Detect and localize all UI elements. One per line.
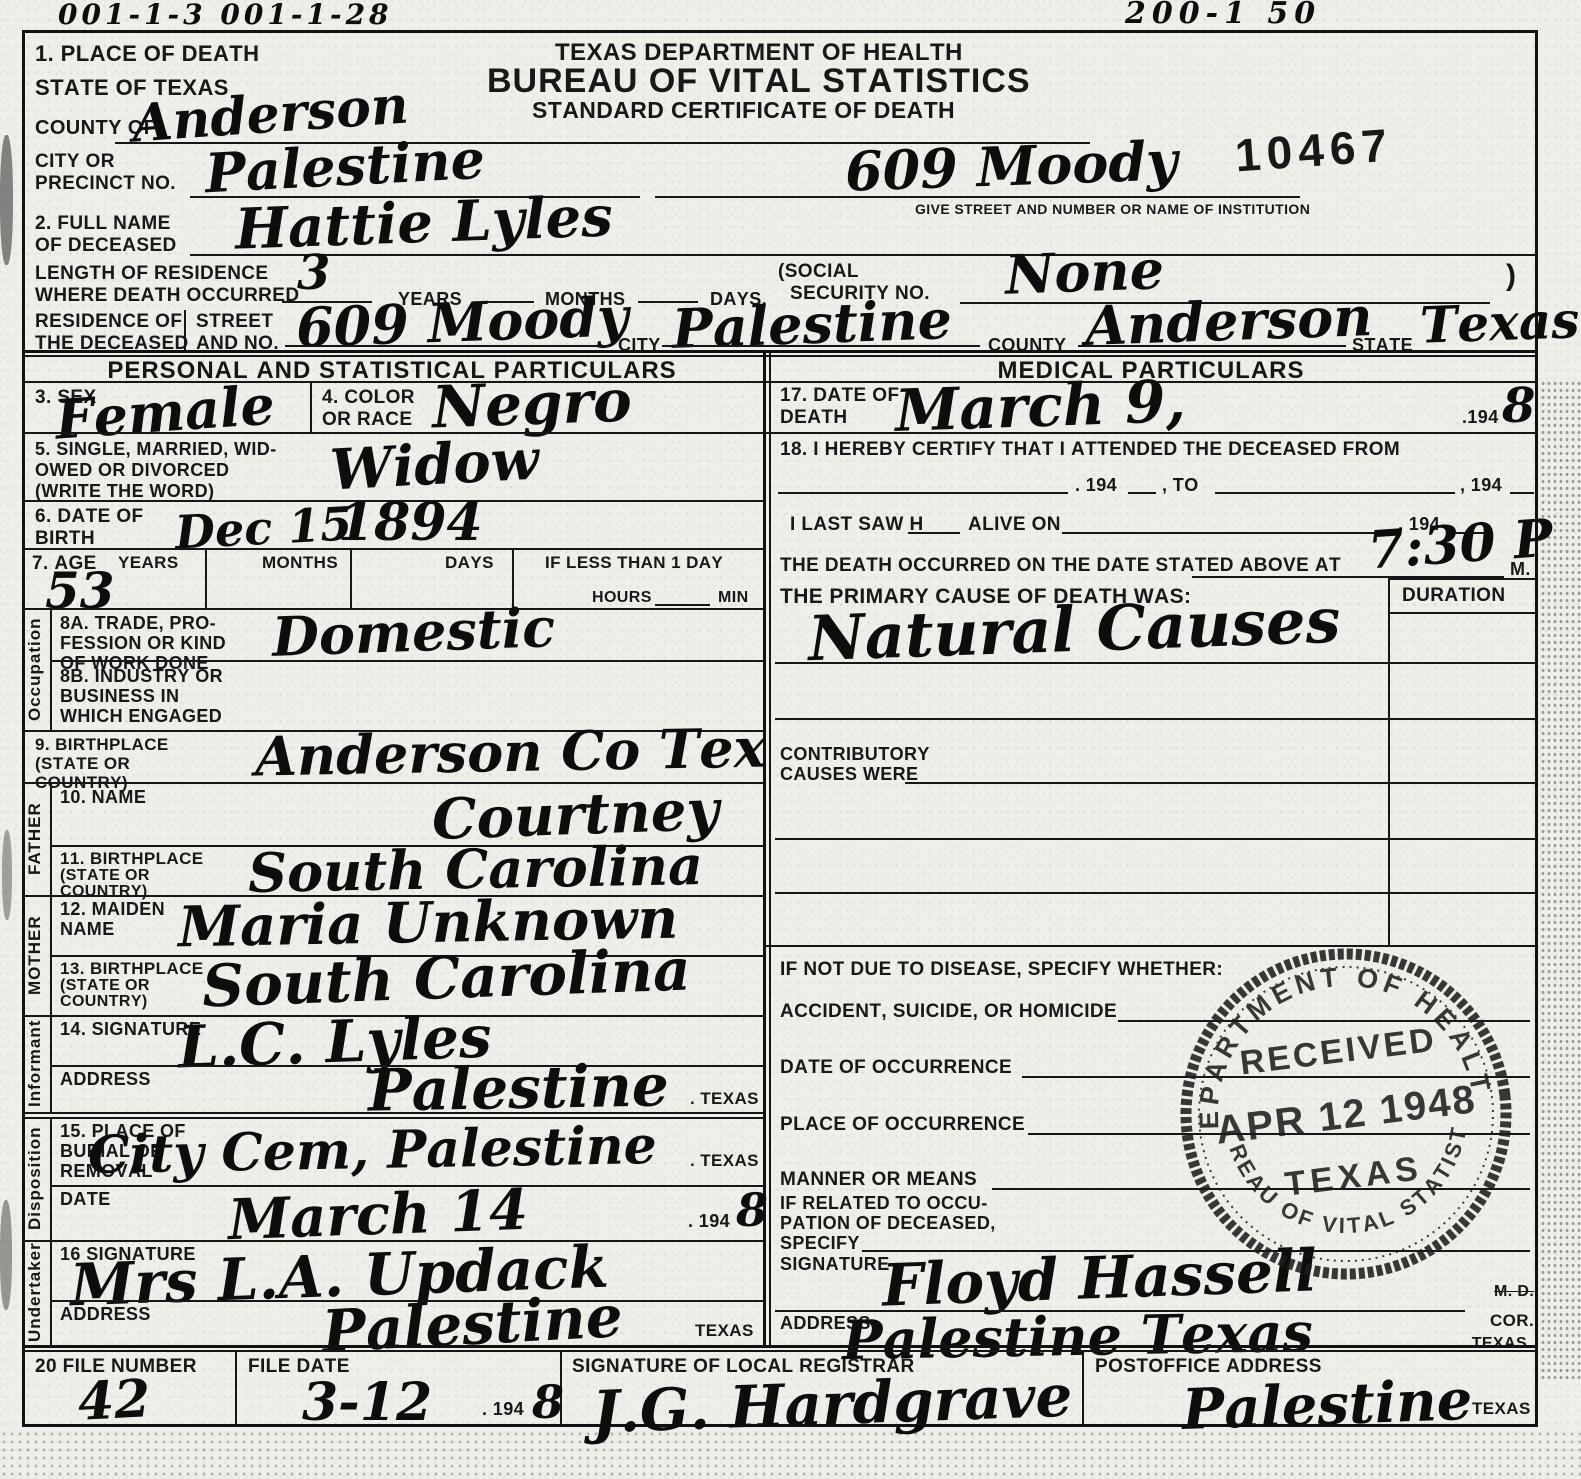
industry-label-2: BUSINESS IN — [60, 687, 179, 706]
certify-year-2: , 194 — [1460, 476, 1502, 495]
band-rule-top — [22, 350, 1537, 353]
undertaker-texas-label: TEXAS — [695, 1322, 754, 1340]
age-hours-label: HOURS — [592, 590, 652, 607]
scan-code-top-left: 001-1-3 001-1-28 — [58, 2, 393, 27]
last-saw-rule-2 — [1062, 532, 1392, 534]
burial-year-hand: 8 — [736, 1190, 768, 1231]
death-year-printed: .194 — [1462, 408, 1499, 427]
scan-code-top-right: 200-1 50 — [1125, 0, 1321, 27]
death-certificate-scan: 001-1-3 001-1-28 200-1 50 1. PLACE OF DE… — [0, 0, 1581, 1479]
father-name-label: 10. NAME — [60, 788, 146, 807]
ssn-label-1: (SOCIAL — [778, 262, 859, 282]
undertaker-side-label: Undertaker — [25, 1240, 49, 1345]
duration-rule-2 — [1390, 662, 1535, 664]
date-of-death-value: March 9, — [894, 375, 1186, 437]
primary-cause-value: Natural Causes — [807, 593, 1341, 667]
marital-label-2: OWED OR DIVORCED — [35, 461, 229, 480]
certify-rule-2 — [1128, 492, 1156, 494]
residence-length-label-1: LENGTH OF RESIDENCE — [35, 264, 269, 284]
informant-group-rule — [50, 1015, 52, 1112]
certificate-number-stamp: 10467 — [1234, 121, 1395, 180]
city-label-1: CITY OR — [35, 152, 115, 172]
place-of-death-label: 1. PLACE OF DEATH — [35, 42, 259, 65]
age-min-label: MIN — [718, 590, 749, 607]
full-name-label-1: 2. FULL NAME — [35, 214, 171, 234]
sex-value: Female — [54, 380, 277, 444]
residence-street-value: 609 Moody — [295, 292, 629, 352]
marital-label-3: (WRITE THE WORD) — [35, 482, 214, 501]
full-name-value: Hattie Lyles — [234, 191, 613, 255]
age-years-header: YEARS — [118, 554, 179, 572]
residence-county-rule — [1078, 345, 1346, 347]
certificate-title: STANDARD CERTIFICATE OF DEATH — [532, 98, 955, 122]
contributory-label-2: CAUSES WERE — [780, 765, 918, 784]
death-time-m-label: M. — [1510, 560, 1531, 579]
cause-rule-3 — [775, 838, 1388, 840]
street-value: 609 Moody — [844, 136, 1178, 196]
stamp-date-text: APR 12 1948 — [1213, 1077, 1479, 1153]
birthplace-label-2: (STATE OR — [35, 755, 130, 773]
duration-rule-1 — [1388, 612, 1535, 614]
certify-rule-3 — [1215, 492, 1455, 494]
dob-value: Dec 15 — [174, 503, 353, 554]
cause-rule-1 — [775, 662, 1388, 664]
color-label-1: 4. COLOR — [322, 388, 415, 408]
street-caption: GIVE STREET AND NUMBER OR NAME OF INSTIT… — [915, 202, 1310, 217]
maiden-name-label-2: NAME — [60, 920, 115, 939]
duration-rule-3 — [1390, 718, 1535, 720]
file-date-value: 3-12 — [302, 1380, 432, 1427]
residence-county-value: Anderson — [1084, 292, 1373, 351]
maiden-name-label-1: 12. MAIDEN — [60, 900, 165, 919]
scan-artifact — [2, 830, 12, 920]
age-less-than-day-header: IF LESS THAN 1 DAY — [545, 554, 723, 572]
birthplace-label-1: 9. BIRTHPLACE — [35, 736, 169, 754]
duration-rule-top — [1388, 578, 1535, 580]
burial-place-value: City Cem, Palestine — [88, 1123, 657, 1180]
full-name-label-2: OF DECEASED — [35, 236, 177, 256]
file-date-year-hand: 8 — [532, 1382, 564, 1423]
postoffice-address-value: Palestine — [1181, 1375, 1473, 1435]
death-occurred-label: THE DEATH OCCURRED ON THE DATE STATED AB… — [780, 556, 1341, 576]
stamp-received-text: RECEIVED — [1238, 1021, 1439, 1083]
occupation-side-label: Occupation — [25, 608, 49, 730]
residence-years-value: 3 — [297, 252, 330, 295]
cause-rule-2 — [775, 718, 1388, 720]
residence-length-label-2: WHERE DEATH OCCURRED — [35, 286, 300, 306]
date-of-death-label-1: 17. DATE OF — [780, 386, 899, 406]
related-label-3: SPECIFY — [780, 1234, 860, 1253]
last-saw-label: I LAST SAW H — [790, 515, 924, 535]
informant-address-label: ADDRESS — [60, 1070, 151, 1089]
form-border-top — [22, 30, 1537, 33]
color-label-2: OR RACE — [322, 410, 412, 430]
contributory-label-1: CONTRIBUTORY — [780, 745, 930, 764]
scan-artifact — [0, 1200, 12, 1310]
undertaker-group-rule — [50, 1240, 52, 1345]
residence-state-value: Texas — [1419, 297, 1580, 348]
mother-birthplace-value: South Carolina — [201, 943, 691, 1012]
residence-street-rule — [285, 345, 610, 347]
postoffice-texas-label: TEXAS — [1472, 1400, 1531, 1418]
not-disease-label: IF NOT DUE TO DISEASE, SPECIFY WHETHER: — [780, 960, 1223, 980]
scan-noise-bottom-edge — [0, 1430, 1581, 1479]
death-year-hand: 8 — [1502, 385, 1535, 428]
full-name-rule — [190, 254, 1535, 256]
column-divider-2 — [769, 350, 771, 1346]
duration-rule-4 — [1390, 782, 1535, 784]
marital-value: Widow — [329, 435, 540, 496]
file-number-value: 42 — [77, 1376, 152, 1427]
birthplace-value: Anderson Co Tex — [255, 724, 767, 781]
disposition-group-rule — [50, 1117, 52, 1240]
duration-rule-6 — [1390, 892, 1535, 894]
marital-label-1: 5. SINGLE, MARRIED, WID- — [35, 440, 277, 459]
informant-side-label: Informant — [25, 1015, 49, 1112]
sex-color-divider — [310, 381, 312, 432]
date-of-death-label-2: DEATH — [780, 408, 847, 428]
father-birthplace-label-1: 11. BIRTHPLACE — [60, 850, 204, 868]
ssn-close-paren: ) — [1506, 260, 1516, 292]
duration-rule-5 — [1390, 838, 1535, 840]
date-occurrence-label: DATE OF OCCURRENCE — [780, 1058, 1012, 1078]
trade-label-2: FESSION OR KIND — [60, 634, 226, 653]
informant-address-value: Palestine — [368, 1059, 670, 1116]
cor-label: COR. — [1490, 1312, 1534, 1330]
certify-rule-4 — [1510, 492, 1534, 494]
dob-label-1: 6. DATE OF — [35, 507, 144, 527]
age-value: 53 — [45, 568, 115, 613]
registrar-signature-value: J.G. Hardgrave — [591, 1370, 1073, 1439]
city-label-2: PRECINCT NO. — [35, 174, 176, 194]
footer-divider-1 — [235, 1350, 237, 1424]
accident-label: ACCIDENT, SUICIDE, OR HOMICIDE — [780, 1002, 1117, 1022]
residence-label-1: RESIDENCE OF — [35, 312, 182, 332]
scan-noise-right-edge — [1540, 380, 1581, 1380]
occupation-group-rule — [50, 608, 52, 730]
row-rule-13 — [22, 1112, 763, 1114]
related-label-2: PATION OF DECEASED, — [780, 1214, 996, 1233]
contributory-rule — [905, 782, 1388, 784]
residence-city-rule — [662, 345, 980, 347]
street-no-label-1: STREET — [196, 312, 273, 332]
form-border-right — [1535, 30, 1538, 1427]
dob-year-value: 1894 — [338, 500, 483, 547]
burial-texas-label: . TEXAS — [690, 1152, 759, 1170]
disposition-side-label: Disposition — [25, 1117, 49, 1240]
place-occurrence-label: PLACE OF OCCURRENCE — [780, 1115, 1025, 1135]
duration-column-rule — [1388, 578, 1390, 945]
physician-signature-label: SIGNATURE — [780, 1255, 890, 1274]
mother-birthplace-label-3: COUNTRY) — [60, 994, 148, 1011]
dob-label-2: BIRTH — [35, 529, 95, 549]
cause-rule-4 — [775, 892, 1388, 894]
duration-header: DURATION — [1402, 586, 1505, 606]
certify-statement: 18. I HEREBY CERTIFY THAT I ATTENDED THE… — [780, 440, 1400, 460]
related-label-1: IF RELATED TO OCCU- — [780, 1194, 988, 1213]
footer-rule-top — [22, 1345, 1537, 1348]
undertaker-address-label: ADDRESS — [60, 1305, 151, 1324]
father-group-rule — [50, 782, 52, 895]
trade-label-1: 8A. TRADE, PRO- — [60, 614, 216, 633]
age-days-header: DAYS — [445, 554, 494, 572]
footer-rule-top2 — [22, 1350, 1537, 1352]
trade-value: Domestic — [271, 603, 556, 661]
alive-on-label: ALIVE ON — [968, 515, 1061, 535]
informant-texas-label: . TEXAS — [690, 1090, 759, 1108]
certify-to-label: , TO — [1162, 476, 1199, 495]
age-divider-2 — [350, 548, 352, 608]
residence-brace — [184, 310, 186, 350]
burial-year-printed: . 194 — [688, 1212, 730, 1231]
footer-divider-3 — [1082, 1350, 1084, 1424]
row-rule-3 — [22, 548, 763, 550]
burial-date-label: DATE — [60, 1190, 111, 1209]
industry-label-3: WHICH ENGAGED — [60, 707, 222, 726]
scan-artifact — [0, 135, 13, 265]
last-saw-rule-1 — [908, 532, 960, 534]
industry-label-1: 8B. INDUSTRY OR — [60, 667, 223, 686]
mother-side-label: MOTHER — [25, 895, 49, 1015]
file-date-year-printed: . 194 — [482, 1400, 524, 1419]
bureau-title: BUREAU OF VITAL STATISTICS — [487, 64, 1031, 100]
row-rule-5 — [50, 660, 763, 662]
certify-year-1: . 194 — [1075, 476, 1117, 495]
age-months-header: MONTHS — [262, 554, 338, 572]
manner-label: MANNER OR MEANS — [780, 1170, 977, 1190]
color-value: Negro — [431, 375, 632, 434]
street-rule — [655, 196, 1300, 198]
med-rule-1 — [765, 432, 1535, 434]
certify-rule-1 — [778, 492, 1068, 494]
age-divider-1 — [205, 548, 207, 608]
mother-birthplace-label-1: 13. BIRTHPLACE — [60, 960, 204, 978]
received-stamp: DEPARTMENT OF HEALTH BUREAU OF VITAL STA… — [1160, 930, 1532, 1298]
father-side-label: FATHER — [25, 782, 49, 895]
hours-rule — [655, 604, 710, 606]
